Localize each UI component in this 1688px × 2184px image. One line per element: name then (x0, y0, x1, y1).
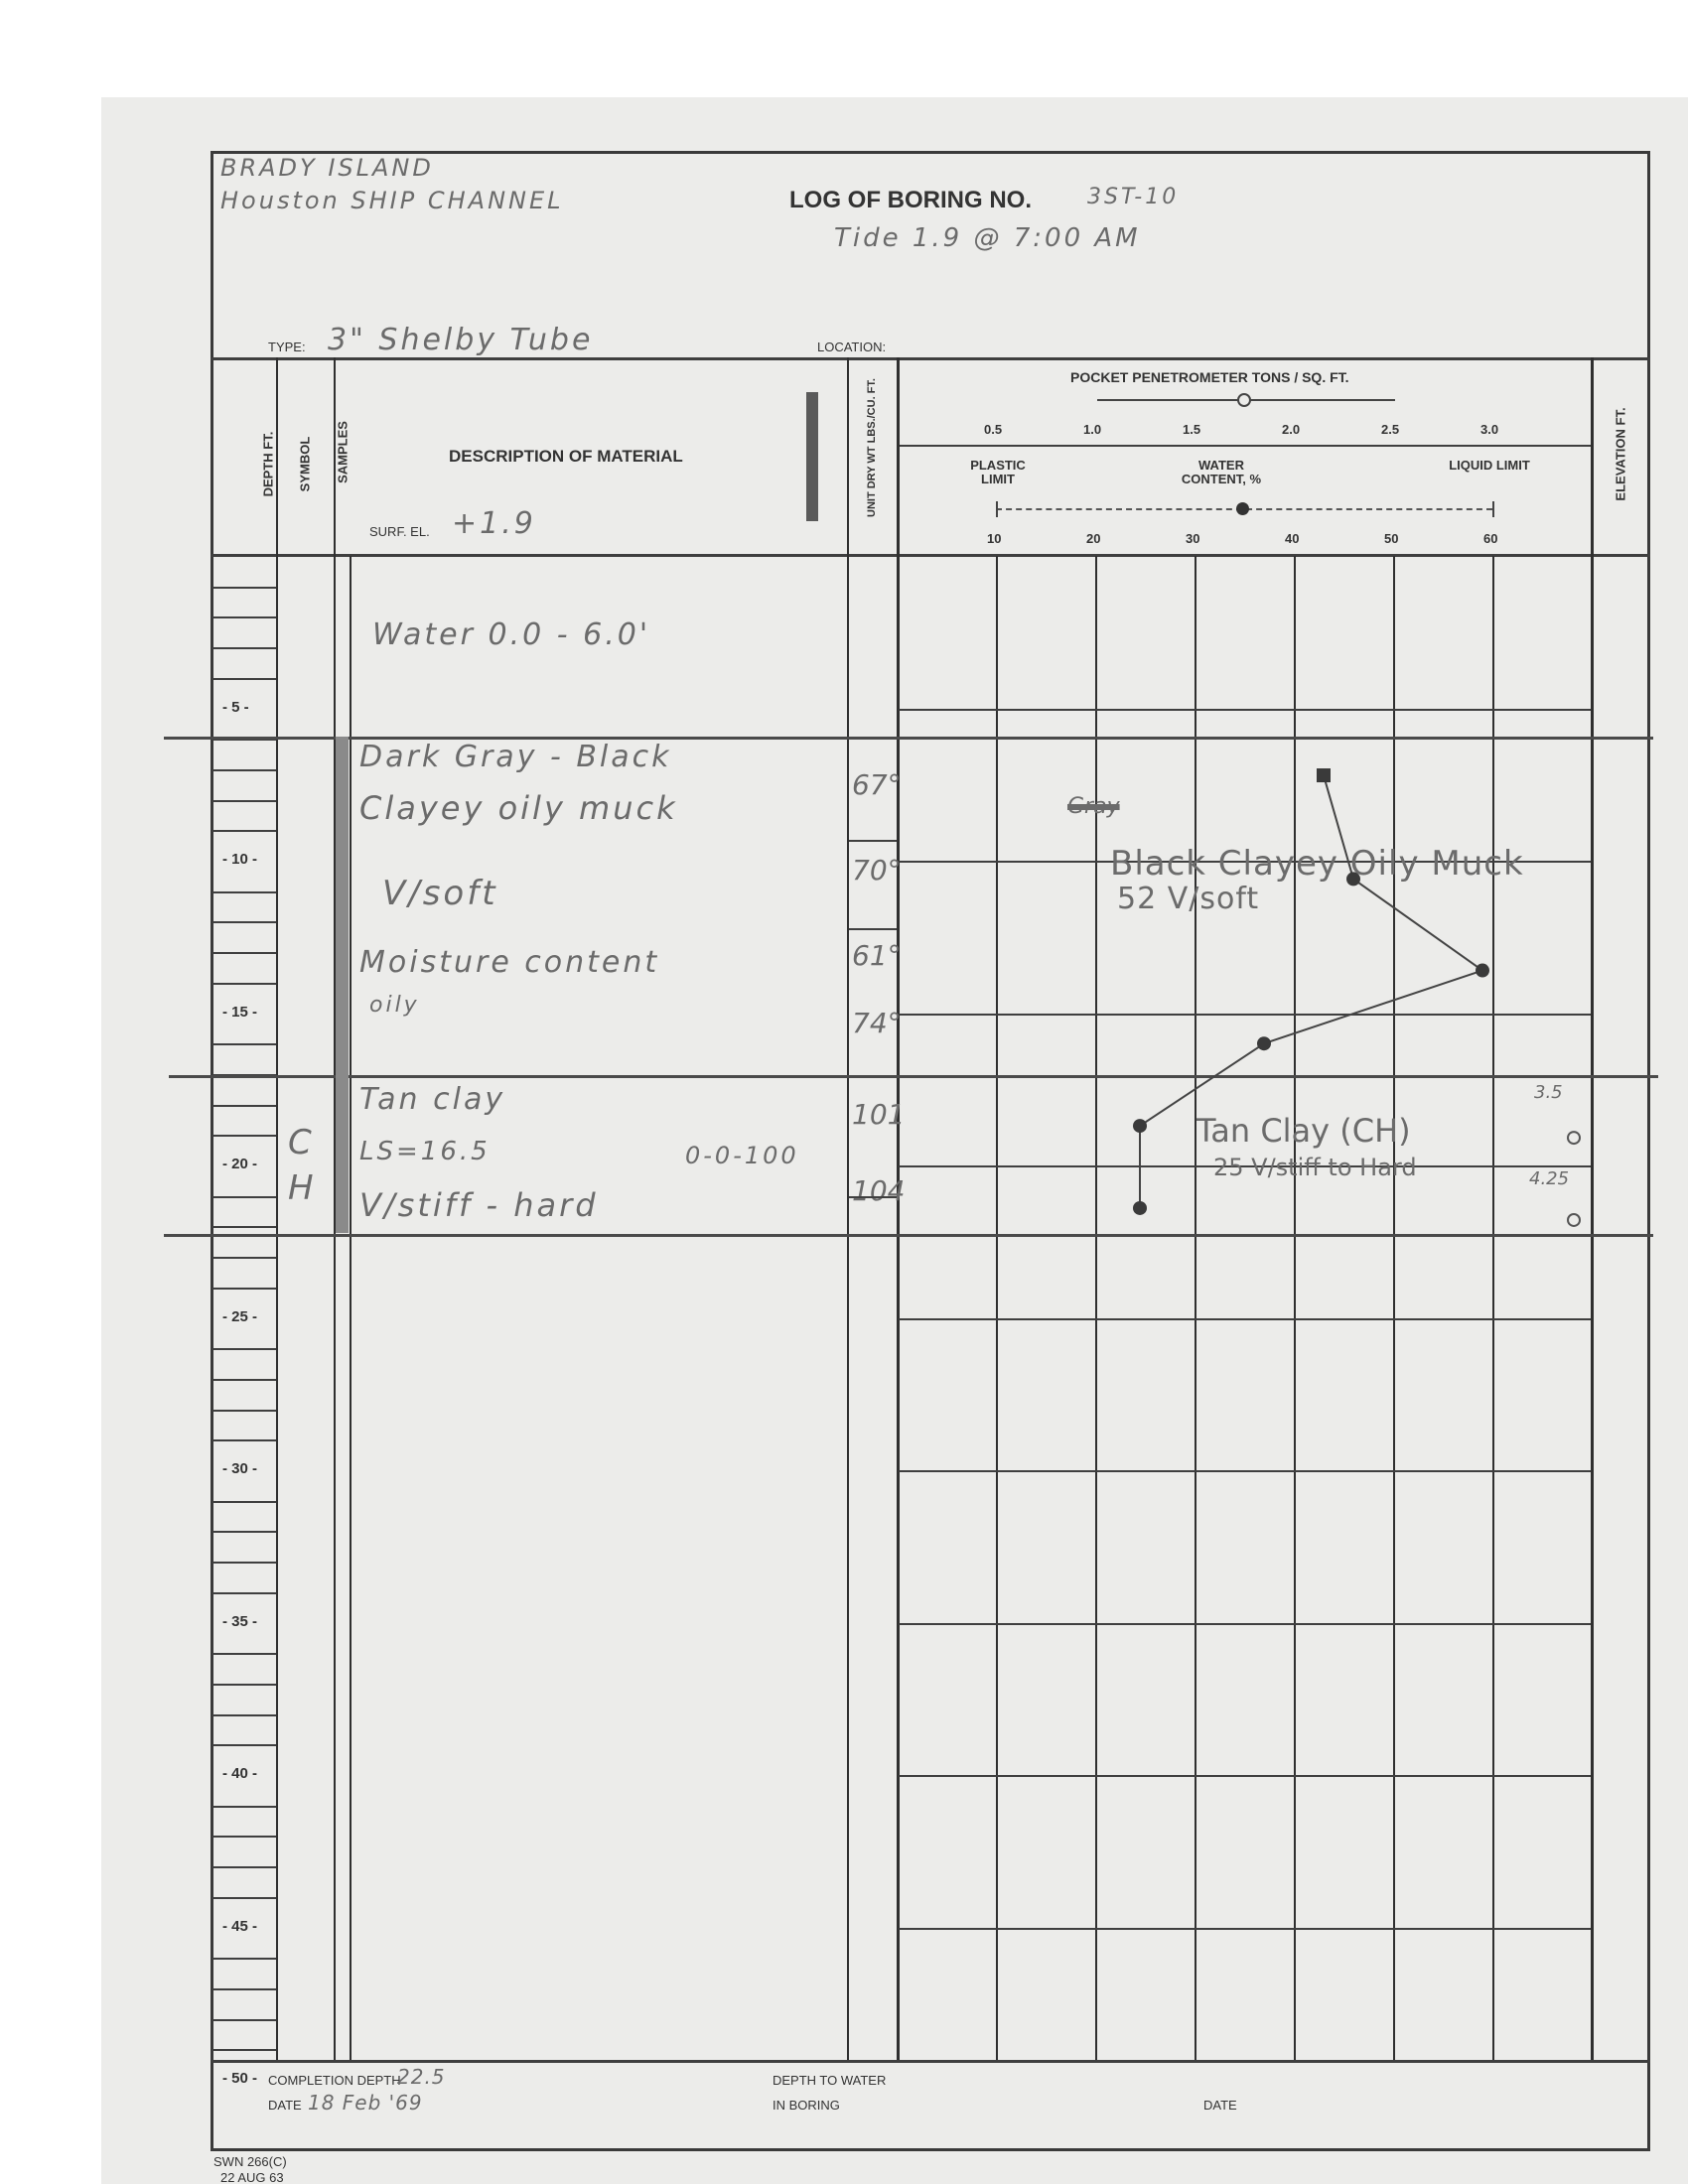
water-content-point (1317, 768, 1331, 782)
water-date-label: DATE (1203, 2098, 1237, 2113)
water-content-point (1133, 1201, 1147, 1215)
water-content-point (1476, 964, 1489, 978)
penetrometer-point (1568, 1214, 1580, 1226)
depth-to-water-label: DEPTH TO WATER (773, 2073, 886, 2088)
in-boring-label: IN BORING (773, 2098, 840, 2113)
date-value: 18 Feb '69 (308, 2091, 423, 2115)
struck-annotation: Gray (1067, 794, 1120, 819)
water-content-plot (0, 0, 1688, 2184)
completion-depth-value: 22.5 (397, 2065, 446, 2089)
clay-annotation: Tan Clay (CH) (1196, 1112, 1411, 1150)
muck-annotation-sub: 52 V/soft (1117, 882, 1259, 916)
pp-reading-2: 4.25 (1529, 1168, 1569, 1189)
footer-rule (211, 2060, 1650, 2063)
form-id: SWN 266(C) (213, 2154, 287, 2169)
penetrometer-point (1568, 1132, 1580, 1144)
date-label: DATE (268, 2098, 302, 2113)
muck-annotation: Black Clayey Oily Muck (1110, 844, 1524, 884)
completion-depth-label: COMPLETION DEPTH (268, 2073, 401, 2088)
pp-reading-1: 3.5 (1534, 1082, 1563, 1103)
water-content-point (1257, 1036, 1271, 1050)
water-content-point (1133, 1119, 1147, 1133)
clay-annotation-sub: 25 V/stiff to Hard (1213, 1154, 1417, 1181)
form-date: 22 AUG 63 (220, 2170, 284, 2184)
